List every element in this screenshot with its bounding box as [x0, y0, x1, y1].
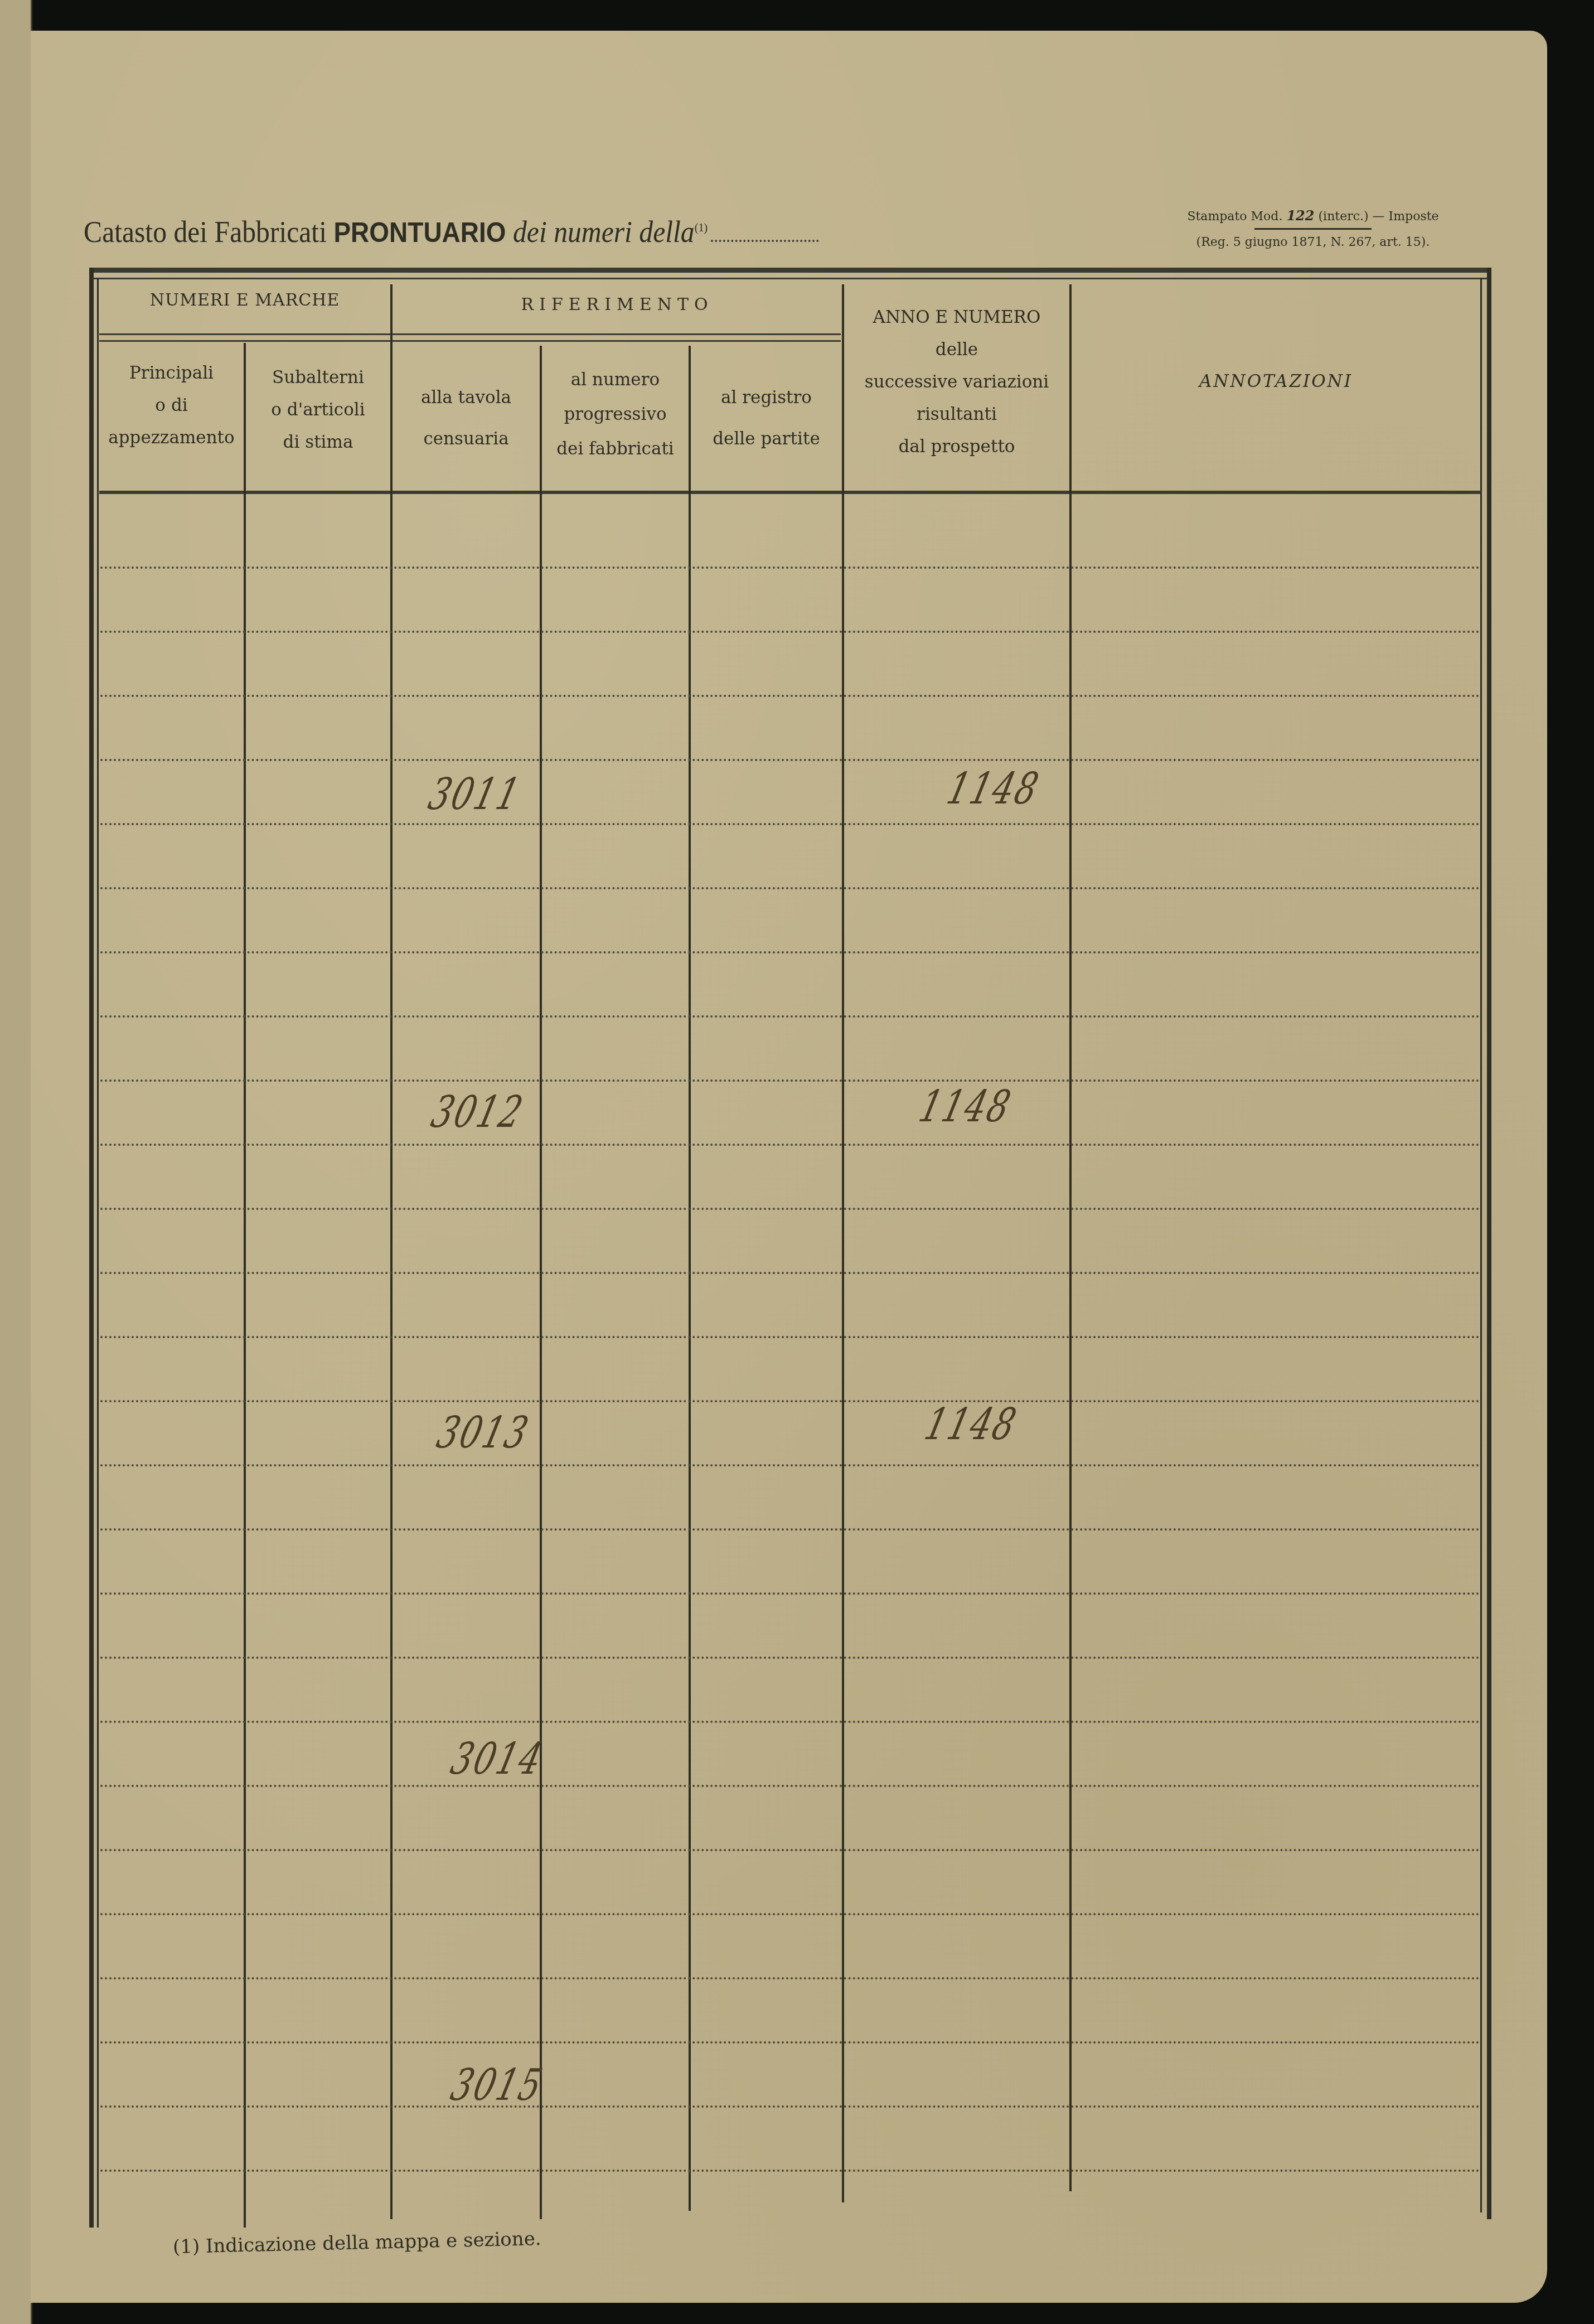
- stamp-suffix: (interc.) — Imposte: [1319, 210, 1439, 224]
- row-dotted-line: [100, 1015, 1480, 1018]
- stamp-regulation: (Reg. 5 giugno 1871, N. 267, art. 15).: [1157, 235, 1469, 249]
- header-bottom-rule: [99, 491, 1482, 494]
- form-stamp: Stampato Mod. 122 (interc.) — Imposte (R…: [1157, 207, 1469, 249]
- column-header-subalterni: Subalterni o d'articoli di stima: [246, 361, 390, 458]
- adjacent-page-edge: [0, 0, 32, 2324]
- title-prefix: Catasto dei Fabbricati: [84, 215, 327, 249]
- row-dotted-line: [100, 887, 1480, 889]
- title-fill-blank: [711, 240, 818, 242]
- table-left-border-inner: [97, 278, 99, 2228]
- row-dotted-line: [100, 1400, 1480, 1402]
- row-dotted-line: [100, 695, 1480, 697]
- entry-5-tavola: 3015: [446, 2060, 548, 2110]
- register-table: NUMERI E MARCHE RIFERIMENTO Principali o…: [89, 268, 1491, 2228]
- row-dotted-line: [100, 2041, 1480, 2044]
- entry-1-tavola: 3011: [424, 769, 526, 820]
- group-header-riferimento: RIFERIMENTO: [393, 289, 842, 321]
- column-divider-2: [390, 284, 393, 2219]
- column-header-principali: Principali o di appezzamento: [99, 357, 244, 454]
- row-dotted-line: [100, 1144, 1480, 1146]
- entry-3-anno-numero: 1148: [920, 1400, 1022, 1450]
- row-dotted-line: [100, 1977, 1480, 1979]
- title-footnote-marker: (1): [695, 220, 708, 234]
- row-dotted-line: [100, 2105, 1480, 2108]
- row-dotted-line: [100, 951, 1480, 953]
- row-dotted-line: [100, 1464, 1480, 1466]
- row-dotted-line: [100, 823, 1480, 825]
- row-dotted-line: [100, 1592, 1480, 1595]
- row-dotted-line: [100, 1208, 1480, 1210]
- table-top-rule-inner: [89, 278, 1491, 279]
- row-dotted-line: [100, 1913, 1480, 1915]
- column-header-tavola: alla tavola censuaria: [393, 377, 540, 459]
- page-title: Catasto dei Fabbricati PRONTUARIO dei nu…: [84, 215, 818, 249]
- row-dotted-line: [100, 1079, 1480, 1082]
- column-divider-1: [244, 343, 246, 2228]
- row-dotted-line: [100, 1721, 1480, 1723]
- column-header-registro: al registro delle partite: [691, 377, 842, 459]
- row-dotted-line: [100, 567, 1480, 569]
- row-dotted-line: [100, 1528, 1480, 1531]
- table-right-border: [1487, 268, 1491, 2219]
- entry-2-anno-numero: 1148: [914, 1082, 1016, 1132]
- stamp-divider: [1254, 228, 1372, 230]
- row-dotted-line: [100, 631, 1480, 633]
- column-header-numero-progressivo: al numero progressivo dei fabbricati: [542, 362, 689, 466]
- entry-2-tavola: 3012: [427, 1087, 529, 1137]
- title-bold: PRONTUARIO: [333, 217, 506, 248]
- row-dotted-line: [100, 2170, 1480, 2172]
- group-header-rule: [99, 333, 841, 335]
- column-divider-3: [540, 346, 542, 2219]
- row-dotted-line: [100, 759, 1480, 761]
- row-dotted-line: [100, 1272, 1480, 1274]
- table-top-rule: [89, 268, 1491, 273]
- title-italic: dei numeri della: [513, 215, 695, 249]
- group-header-rule-inner: [99, 340, 841, 342]
- row-dotted-line: [100, 1785, 1480, 1787]
- row-dotted-line: [100, 1657, 1480, 1659]
- row-dotted-line: [100, 1849, 1480, 1851]
- column-divider-4: [689, 346, 691, 2211]
- stamp-prefix: Stampato Mod.: [1187, 210, 1282, 224]
- stamp-model-number: 122: [1286, 207, 1314, 224]
- column-header-annotazioni: ANNOTAZIONI: [1072, 365, 1480, 398]
- row-dotted-line: [100, 1336, 1480, 1338]
- entry-1-anno-numero: 1148: [942, 764, 1044, 814]
- column-divider-6: [1069, 284, 1072, 2191]
- table-left-border: [89, 268, 94, 2228]
- entry-4-tavola: 3014: [446, 1734, 548, 1784]
- group-header-numeri-marche: NUMERI E MARCHE: [99, 284, 390, 317]
- column-header-anno-numero: ANNO E NUMERO delle successive variazion…: [844, 301, 1069, 463]
- table-right-border-inner: [1480, 278, 1482, 2212]
- entry-3-tavola: 3013: [432, 1408, 534, 1458]
